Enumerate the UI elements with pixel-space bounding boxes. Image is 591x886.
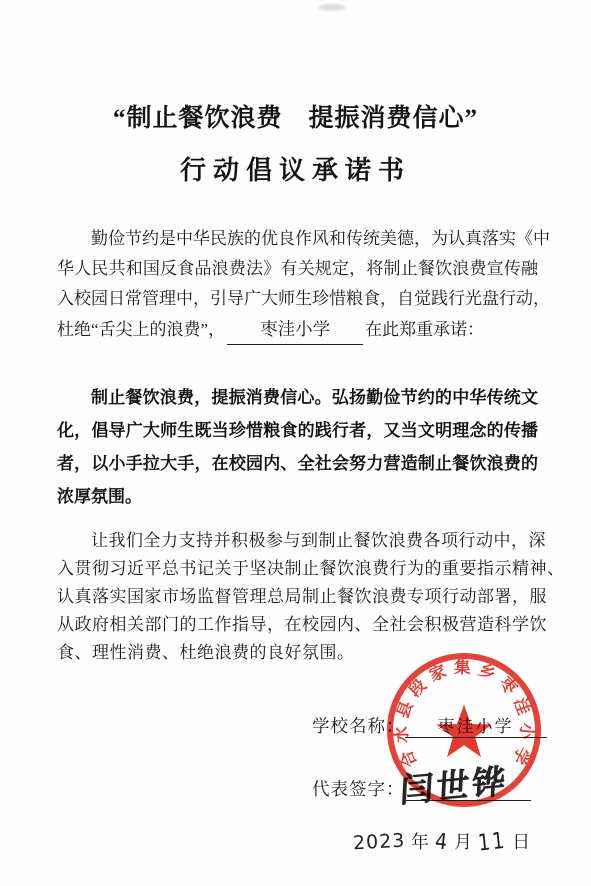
date-year-handwritten: 2023 [352,830,405,855]
star-icon [436,705,491,758]
line4-text-after: 在此郑重承诺： [365,320,484,339]
paragraph-intro: 勤俭节约是中华民族的优良作风和传统美德，为认真落实《中 华人民共和国反食品浪费法… [57,224,538,344]
paragraph-line: 从政府相关部门的工作指导，在校园内、全社会积极营造科学饮 [57,611,538,639]
date-month-suffix: 月 [454,832,473,852]
line4-text-before: 杜绝“舌尖上的浪费”， [57,320,225,339]
date-month-handwritten: 4 [434,829,450,856]
document-title-line1: “制止餐饮浪费 提振消费信心” [0,98,591,134]
paragraph-action: 让我们全力支持并积极参与到制止餐饮浪费各项行动中，深 入贯彻习近平总书记关于坚决… [57,527,538,667]
paragraph-line: 浓厚氛围。 [57,480,538,513]
paragraph-line: 认真落实国家市场监督管理总局制止餐饮浪费专项行动部署，服 [57,583,538,611]
paragraph-line: 杜绝“舌尖上的浪费”，枣洼小学在此郑重承诺： [57,314,538,344]
paragraph-line: 勤俭节约是中华民族的优良作风和传统美德，为认真落实《中 [57,224,538,254]
school-name-blank: 枣洼小学 [227,314,363,345]
date-day-handwritten: 11 [477,827,508,856]
scanned-document-page: “制止餐饮浪费 提振消费信心” 行动倡议承诺书 勤俭节约是中华民族的优良作风和传… [0,0,591,886]
paragraph-line: 化，倡导广大师生既当珍惜粮食的践行者，又当文明理念的传播 [57,414,538,447]
paragraph-line: 者，以小手拉大手，在校园内、全社会努力营造制止餐饮浪费的 [57,447,538,480]
official-seal: 合水县段家集乡枣洼小学 [381,647,547,813]
document-title-line2: 行动倡议承诺书 [0,150,591,187]
scan-smudge [318,4,346,11]
paragraph-line: 入贯彻习近平总书记关于坚决制止餐饮浪费行为的重要指示精神、 [57,555,538,583]
date-day-suffix: 日 [512,832,531,852]
paragraph-line: 入校园日常管理中，引导广大师生珍惜粮食，自觉践行光盘行动， [57,284,538,314]
date-year-suffix: 年 [411,832,430,852]
paragraph-line: 让我们全力支持并积极参与到制止餐饮浪费各项行动中，深 [57,527,538,555]
paragraph-line: 华人民共和国反食品浪费法》有关规定，将制止餐饮浪费宣传融 [57,254,538,284]
date-row: 2023 年 4 月 11 日 [353,828,531,854]
paragraph-pledge-bold: 制止餐饮浪费，提振消费信心。弘扬勤俭节约的中华传统文 化，倡导广大师生既当珍惜粮… [57,381,538,513]
paragraph-line: 制止餐饮浪费，提振消费信心。弘扬勤俭节约的中华传统文 [57,381,538,414]
